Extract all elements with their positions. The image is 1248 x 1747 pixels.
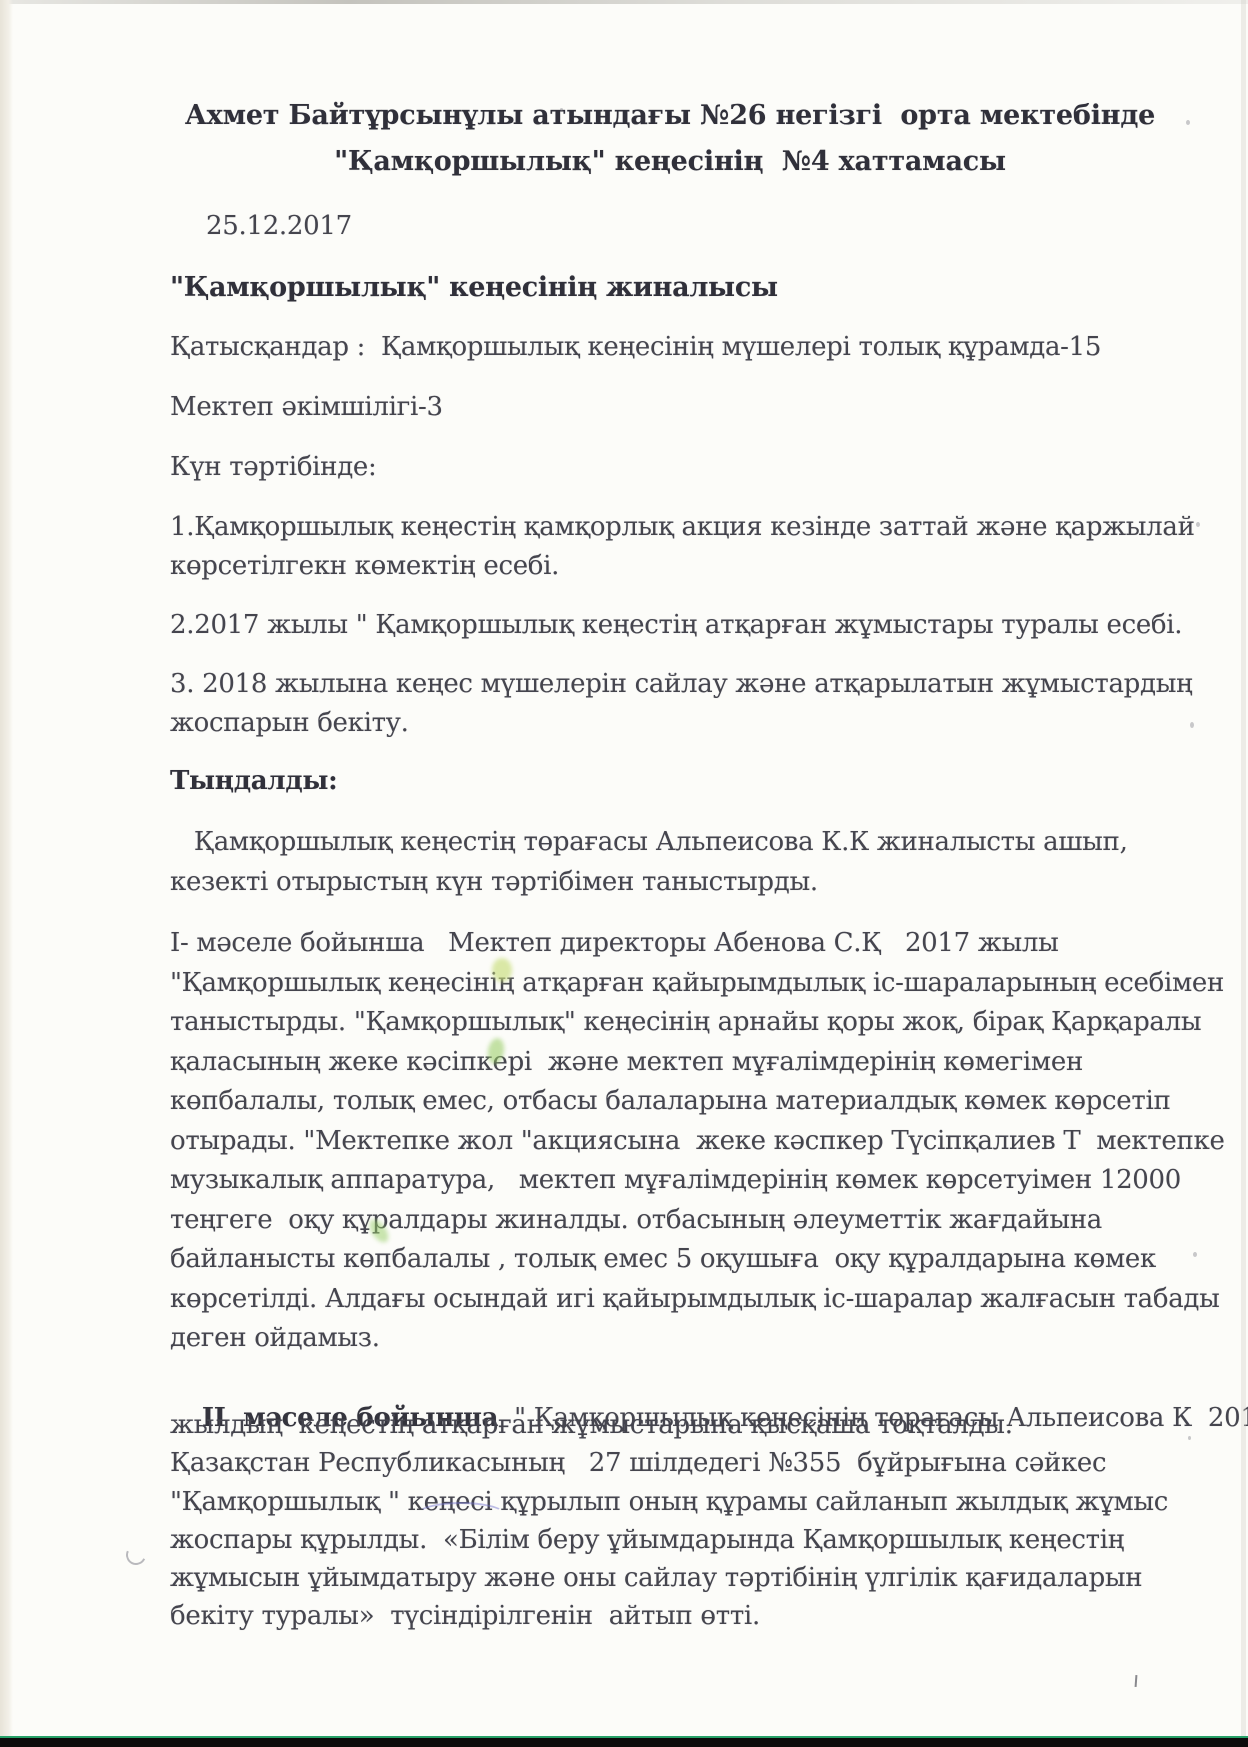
agenda-item-3-line-2: жоспарын бекіту. [170,708,409,739]
issue1-line-5: көпбалалы, толық емес, отбасы балаларына… [170,1086,1171,1117]
scanned-document-page: Ахмет Байтұрсынұлы атындағы №26 негізгі … [0,0,1248,1747]
document-title-line-1: Ахмет Байтұрсынұлы атындағы №26 негізгі … [170,100,1170,132]
scan-edge-top [0,0,1248,4]
scan-speck [1196,522,1200,527]
issue1-line-4: қаласының жеке кәсіпкері және мектеп мұғ… [170,1047,1083,1078]
attendees-line: Қатысқандар : Қамқоршылық кеңесінің мүше… [170,332,1101,363]
issue1-line-2: "Қамқоршылық кеңесінің атқарған қайырымд… [170,968,1224,999]
agenda-item-1-line-2: көрсетілгекн көмектің есебі. [170,551,559,582]
issue1-line-3: таныстырды. "Қамқоршылық" кеңесінің арна… [170,1007,1201,1038]
issue2-line-5: жоспары құрылды. «Білім беру ұйымдарында… [170,1525,1124,1556]
agenda-heading: Күн тәртібінде: [170,452,376,483]
issue1-line-7: музыкалық аппаратура, мектеп мұғалімдері… [170,1165,1181,1196]
issue1-line-8: теңгеге оқу құралдары жиналды. отбасының… [170,1205,1102,1236]
document-date: 25.12.2017 [206,211,352,242]
intro-paragraph-line-1: Қамқоршылық кеңестің төрағасы Альпеисова… [170,827,1128,858]
document-title-line-2: "Қамқоршылық" кеңесінің №4 хаттамасы [170,146,1170,178]
issue2-line-3: Қазақстан Республикасының 27 шілдедегі №… [170,1448,1106,1479]
agenda-item-3-line-1: 3. 2018 жылына кеңес мүшелерін сайлау жә… [170,669,1192,700]
green-smudge-artifact [492,958,512,982]
scan-tick-mark [1135,1675,1138,1687]
scan-speck [1188,1436,1191,1440]
issue1-line-6: отырады. "Мектепке жол "акциясына жеке к… [170,1126,1225,1157]
pencil-curl-artifact [123,1542,149,1568]
meeting-heading: "Қамқоршылық" кеңесінің жиналысы [170,272,778,304]
issue1-line-1: І- мәселе бойынша Мектеп директоры Абено… [170,928,1059,959]
agenda-item-2: 2.2017 жылы " Қамқоршылық кеңестің атқар… [170,610,1182,641]
intro-paragraph-line-2: кезекті отырыстың күн тәртібімен танысты… [170,867,818,898]
issue2-line-4: "Қамқоршылық " кеңесі құрылып оның құрам… [170,1487,1168,1518]
issue2-line-2: жылдың кеңестің атқарған жұмыстарына қыс… [170,1410,1013,1441]
issue2-line-7: бекіту туралы» түсіндірілгенін айтып өтт… [170,1601,760,1632]
blue-pen-arc-artifact [416,1502,506,1528]
school-admin-line: Мектеп әкімшілігі-3 [170,392,443,423]
scan-speck [1193,1252,1197,1257]
issue1-line-9: байланысты көпбалалы , толық емес 5 оқуш… [170,1244,1156,1275]
scan-edge-right [1241,0,1246,1747]
issue1-line-11: деген ойдамыз. [170,1323,380,1354]
agenda-item-1-line-1: 1.Қамқоршылық кеңестің қамқорлық акция к… [170,512,1195,543]
scan-speck [1186,120,1190,125]
heard-heading: Тыңдалды: [170,766,337,797]
scan-edge-left [0,0,13,1747]
scan-footer-bar [0,1736,1248,1747]
issue2-line-6: жұмысын ұйымдатыру және оны сайлау тәрті… [170,1563,1142,1594]
issue1-line-10: көрсетілді. Алдағы осындай игі қайырымды… [170,1284,1220,1315]
scan-speck [560,108,563,111]
scan-speck [1190,722,1194,728]
